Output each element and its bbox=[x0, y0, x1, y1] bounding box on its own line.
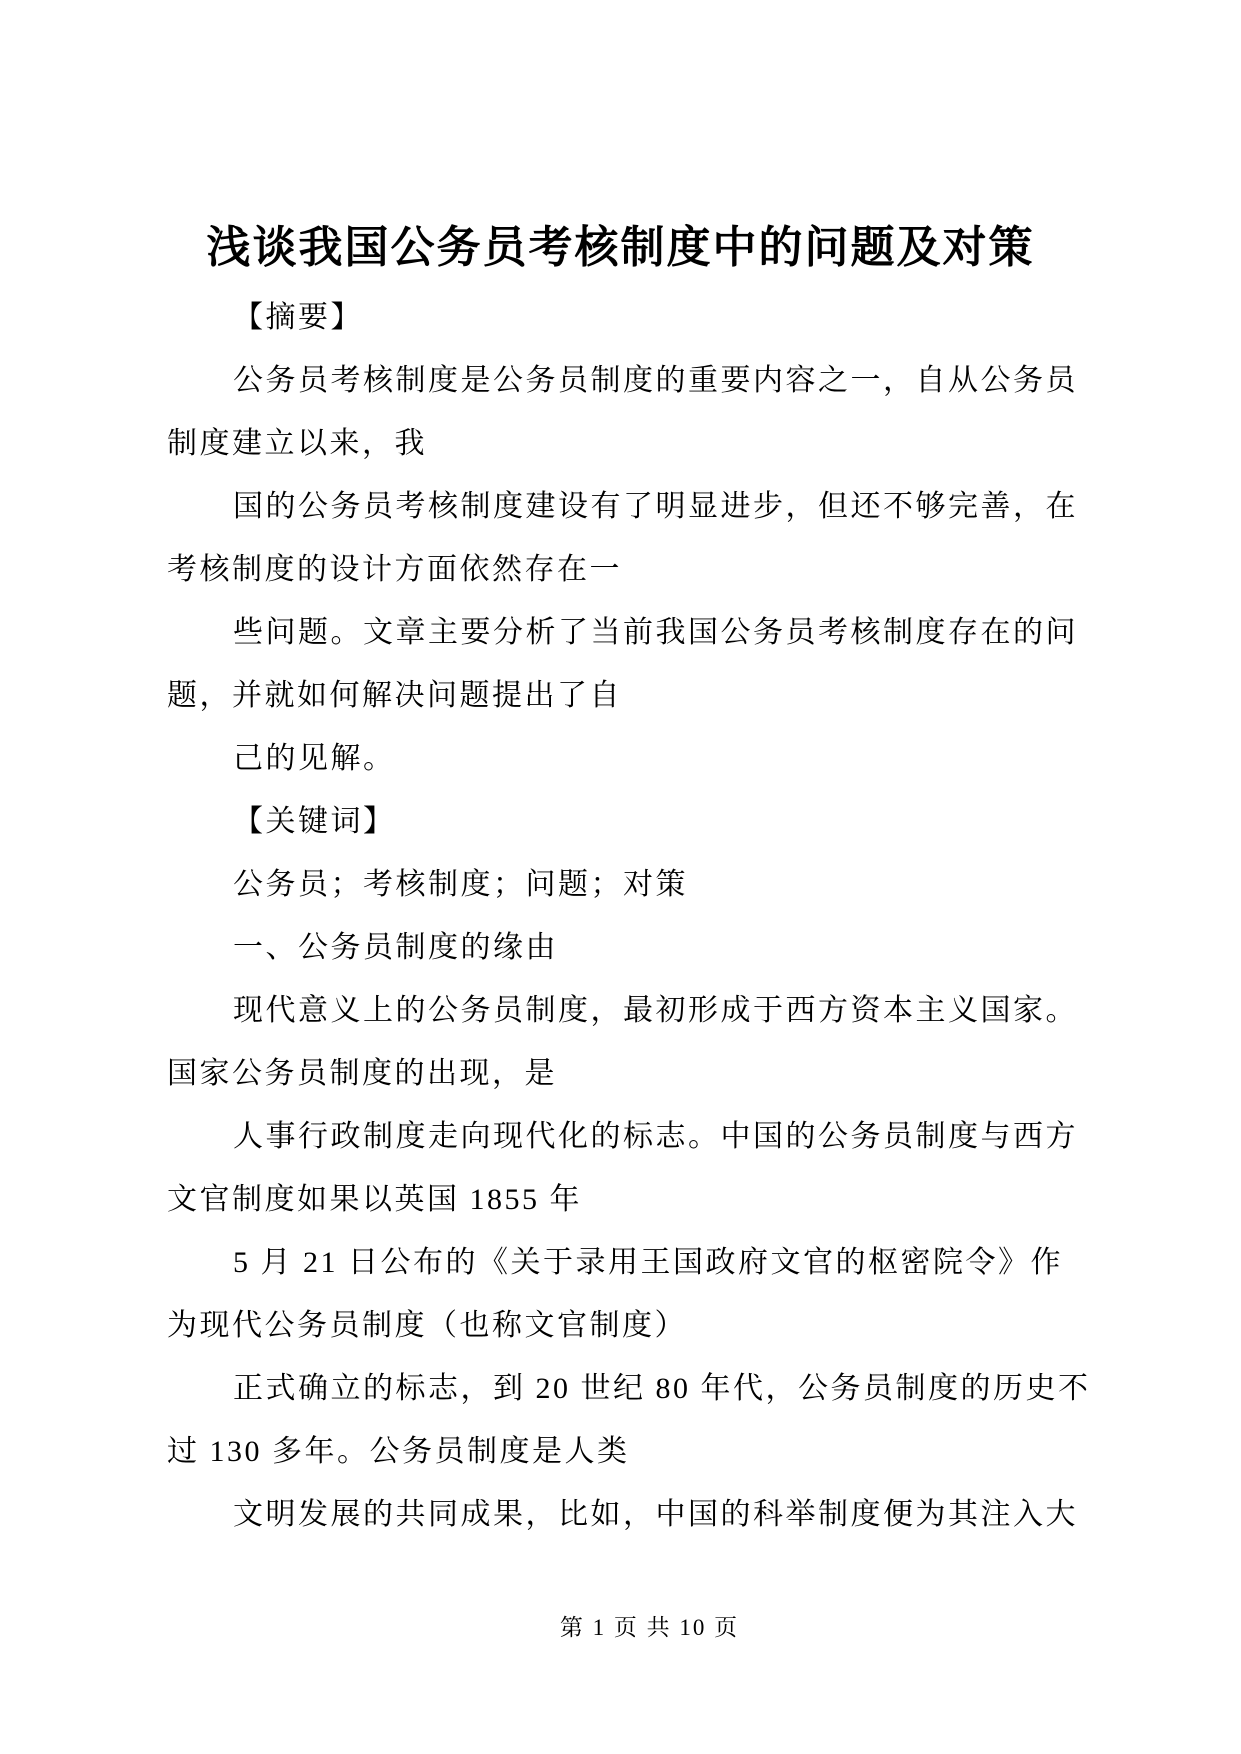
text-line: 考核制度的设计方面依然存在一 bbox=[167, 538, 1083, 601]
page-number-label: 第 1 页 共 10 页 bbox=[560, 1615, 739, 1640]
text-line: 为现代公务员制度（也称文官制度） bbox=[167, 1294, 1083, 1357]
document-body: 【摘要】公务员考核制度是公务员制度的重要内容之一，自从公务员制度建立以来，我国的… bbox=[167, 286, 1083, 1546]
text-line: 人事行政制度走向现代化的标志。中国的公务员制度与西方 bbox=[167, 1105, 1083, 1168]
text-line: 己的见解。 bbox=[167, 727, 1083, 790]
text-line: 【关键词】 bbox=[167, 790, 1083, 853]
text-line: 国家公务员制度的出现，是 bbox=[167, 1042, 1083, 1105]
text-line: 国的公务员考核制度建设有了明显进步，但还不够完善，在 bbox=[167, 475, 1083, 538]
text-line: 公务员；考核制度；问题；对策 bbox=[167, 853, 1083, 916]
text-line: 【摘要】 bbox=[167, 286, 1083, 349]
text-line: 些问题。文章主要分析了当前我国公务员考核制度存在的问 bbox=[167, 601, 1083, 664]
text-line: 5 月 21 日公布的《关于录用王国政府文官的枢密院令》作 bbox=[167, 1231, 1083, 1294]
text-line: 文明发展的共同成果，比如，中国的科举制度便为其注入大 bbox=[167, 1483, 1083, 1546]
document-title: 浅谈我国公务员考核制度中的问题及对策 bbox=[0, 222, 1241, 274]
text-line: 过 130 多年。公务员制度是人类 bbox=[167, 1420, 1083, 1483]
page-footer: 第 1 页 共 10 页 bbox=[29, 1612, 1241, 1644]
text-line: 制度建立以来，我 bbox=[167, 412, 1083, 475]
text-line: 现代意义上的公务员制度，最初形成于西方资本主义国家。 bbox=[167, 979, 1083, 1042]
text-line: 正式确立的标志，到 20 世纪 80 年代，公务员制度的历史不 bbox=[167, 1357, 1083, 1420]
document-page: 浅谈我国公务员考核制度中的问题及对策 【摘要】公务员考核制度是公务员制度的重要内… bbox=[0, 0, 1241, 1754]
text-line: 文官制度如果以英国 1855 年 bbox=[167, 1168, 1083, 1231]
text-line: 一、公务员制度的缘由 bbox=[167, 916, 1083, 979]
text-line: 公务员考核制度是公务员制度的重要内容之一，自从公务员 bbox=[167, 349, 1083, 412]
text-line: 题，并就如何解决问题提出了自 bbox=[167, 664, 1083, 727]
